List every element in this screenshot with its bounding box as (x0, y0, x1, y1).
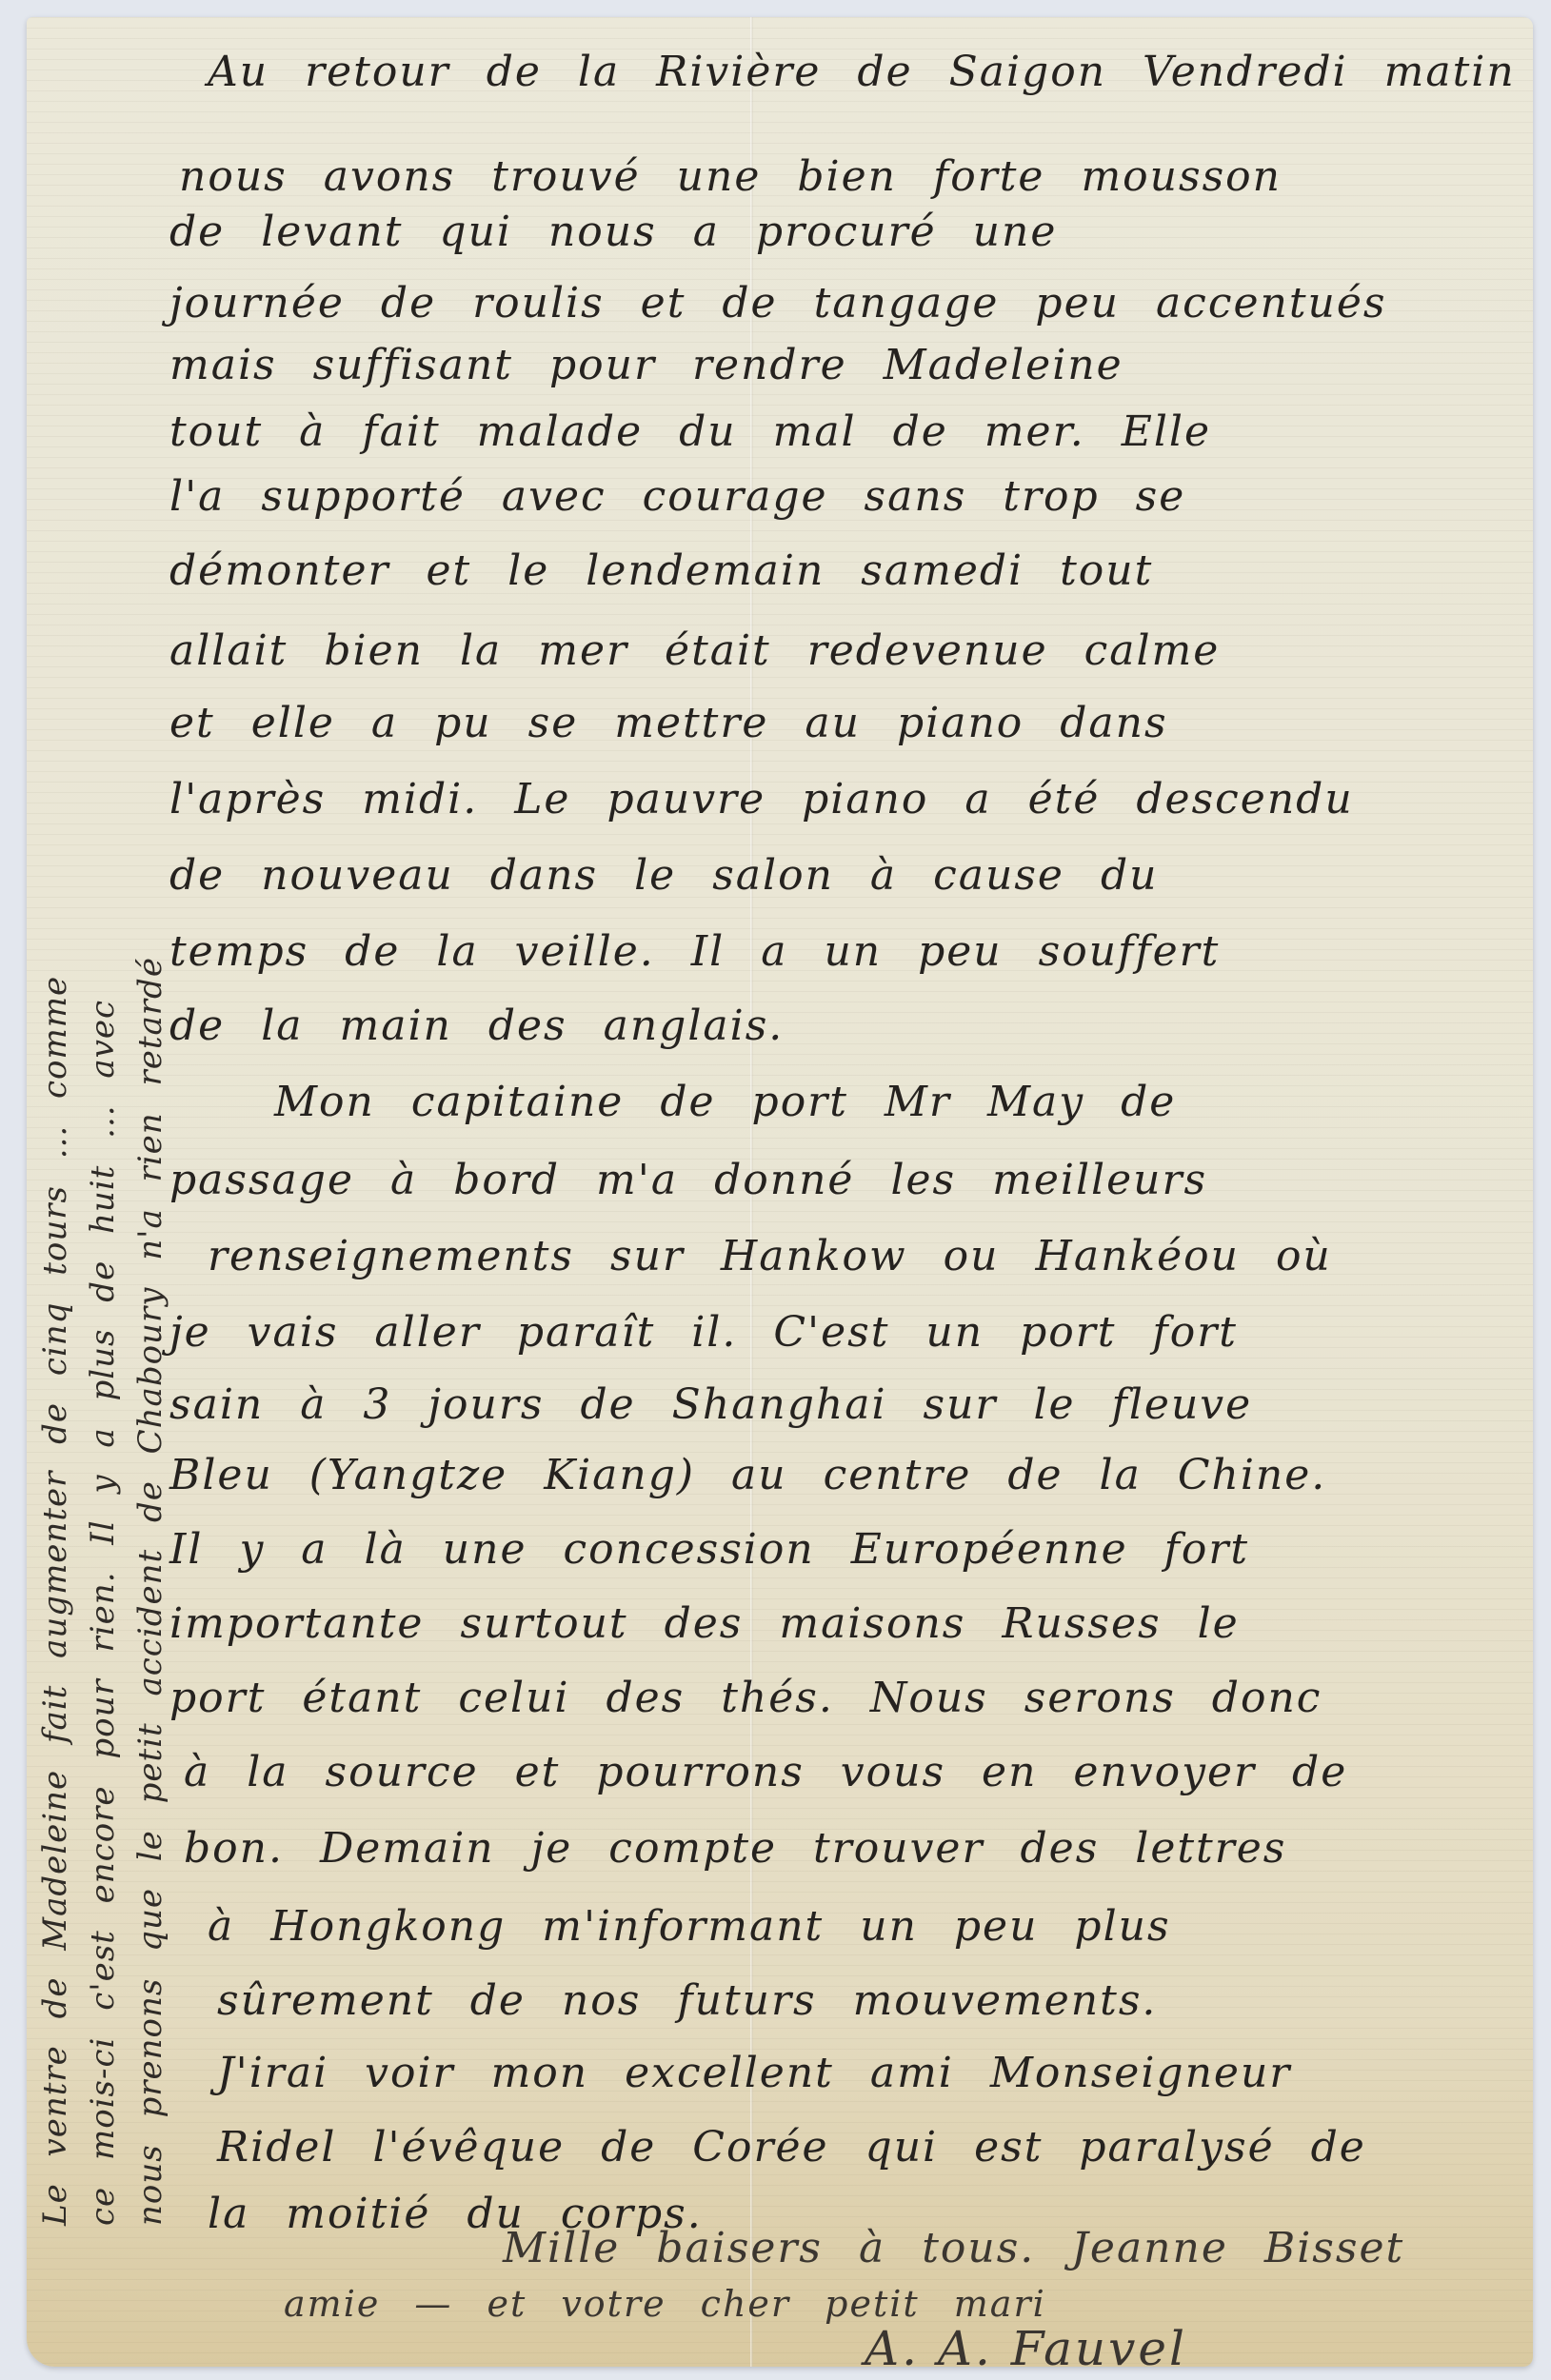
letter-line: et elle a pu se mettre au piano dans (169, 699, 1168, 747)
letter-line: Mon capitaine de port Mr May de (274, 1078, 1176, 1126)
letter-line: à Hongkong m'informant un peu plus (208, 1902, 1171, 1951)
letter-line: tout à fait malade du mal de mer. Elle (169, 407, 1211, 456)
letter-line: l'a supporté avec courage sans trop se (169, 472, 1185, 521)
signature: A. A. Fauvel (865, 2321, 1187, 2376)
letter-line: J'irai voir mon excellent ami Monseigneu… (217, 2049, 1291, 2097)
margin-note: nous prenons que le petit accident de Ch… (131, 957, 169, 2226)
letter-line: de levant qui nous a procuré une (169, 208, 1057, 256)
letter-line: passage à bord m'a donné les meilleurs (169, 1156, 1207, 1204)
letter-line: à la source et pourrons vous en envoyer … (184, 1748, 1347, 1796)
letter-line: port étant celui des thés. Nous serons d… (169, 1674, 1322, 1722)
letter-line: de nouveau dans le salon à cause du (169, 851, 1158, 900)
letter-line: Au retour de la Rivière de Saigon Vendre… (208, 48, 1516, 96)
letter-line: renseignements sur Hankow ou Hankéou où (208, 1232, 1332, 1280)
letter-line: Ridel l'évêque de Corée qui est paralysé… (217, 2123, 1366, 2172)
closing-line: amie — et votre cher petit mari (284, 2283, 1046, 2325)
letter-line: l'après midi. Le pauvre piano a été desc… (169, 775, 1354, 823)
letter-line: bon. Demain je compte trouver des lettre… (184, 1824, 1286, 1873)
letter-line: de la main des anglais. (169, 1002, 784, 1050)
letter-line: Il y a là une concession Européenne fort (169, 1525, 1249, 1574)
letter-line: temps de la veille. Il a un peu souffert (169, 927, 1220, 976)
margin-note: Le ventre de Madeleine fait augmenter de… (36, 976, 74, 2226)
letter-line: sain à 3 jours de Shanghai sur le fleuve (169, 1380, 1252, 1429)
letter-line: importante surtout des maisons Russes le (169, 1599, 1240, 1648)
letter-page: Au retour de la Rivière de Saigon Vendre… (27, 17, 1533, 2367)
letter-line: mais suffisant pour rendre Madeleine (169, 341, 1123, 389)
letter-line: nous avons trouvé une bien forte mousson (179, 152, 1282, 201)
letter-line: démonter et le lendemain samedi tout (169, 546, 1153, 595)
margin-note: ce mois-ci c'est encore pour rien. Il y … (84, 1000, 122, 2226)
closing-line: Mille baisers à tous. Jeanne Bisset (503, 2224, 1404, 2272)
letter-line: sûrement de nos futurs mouvements. (217, 1976, 1157, 2025)
letter-line: je vais aller paraît il. C'est un port f… (169, 1308, 1238, 1357)
letter-line: Bleu (Yangtze Kiang) au centre de la Chi… (169, 1451, 1326, 1499)
letter-line: allait bien la mer était redevenue calme (169, 626, 1220, 675)
letter-line: journée de roulis et de tangage peu acce… (169, 279, 1386, 327)
